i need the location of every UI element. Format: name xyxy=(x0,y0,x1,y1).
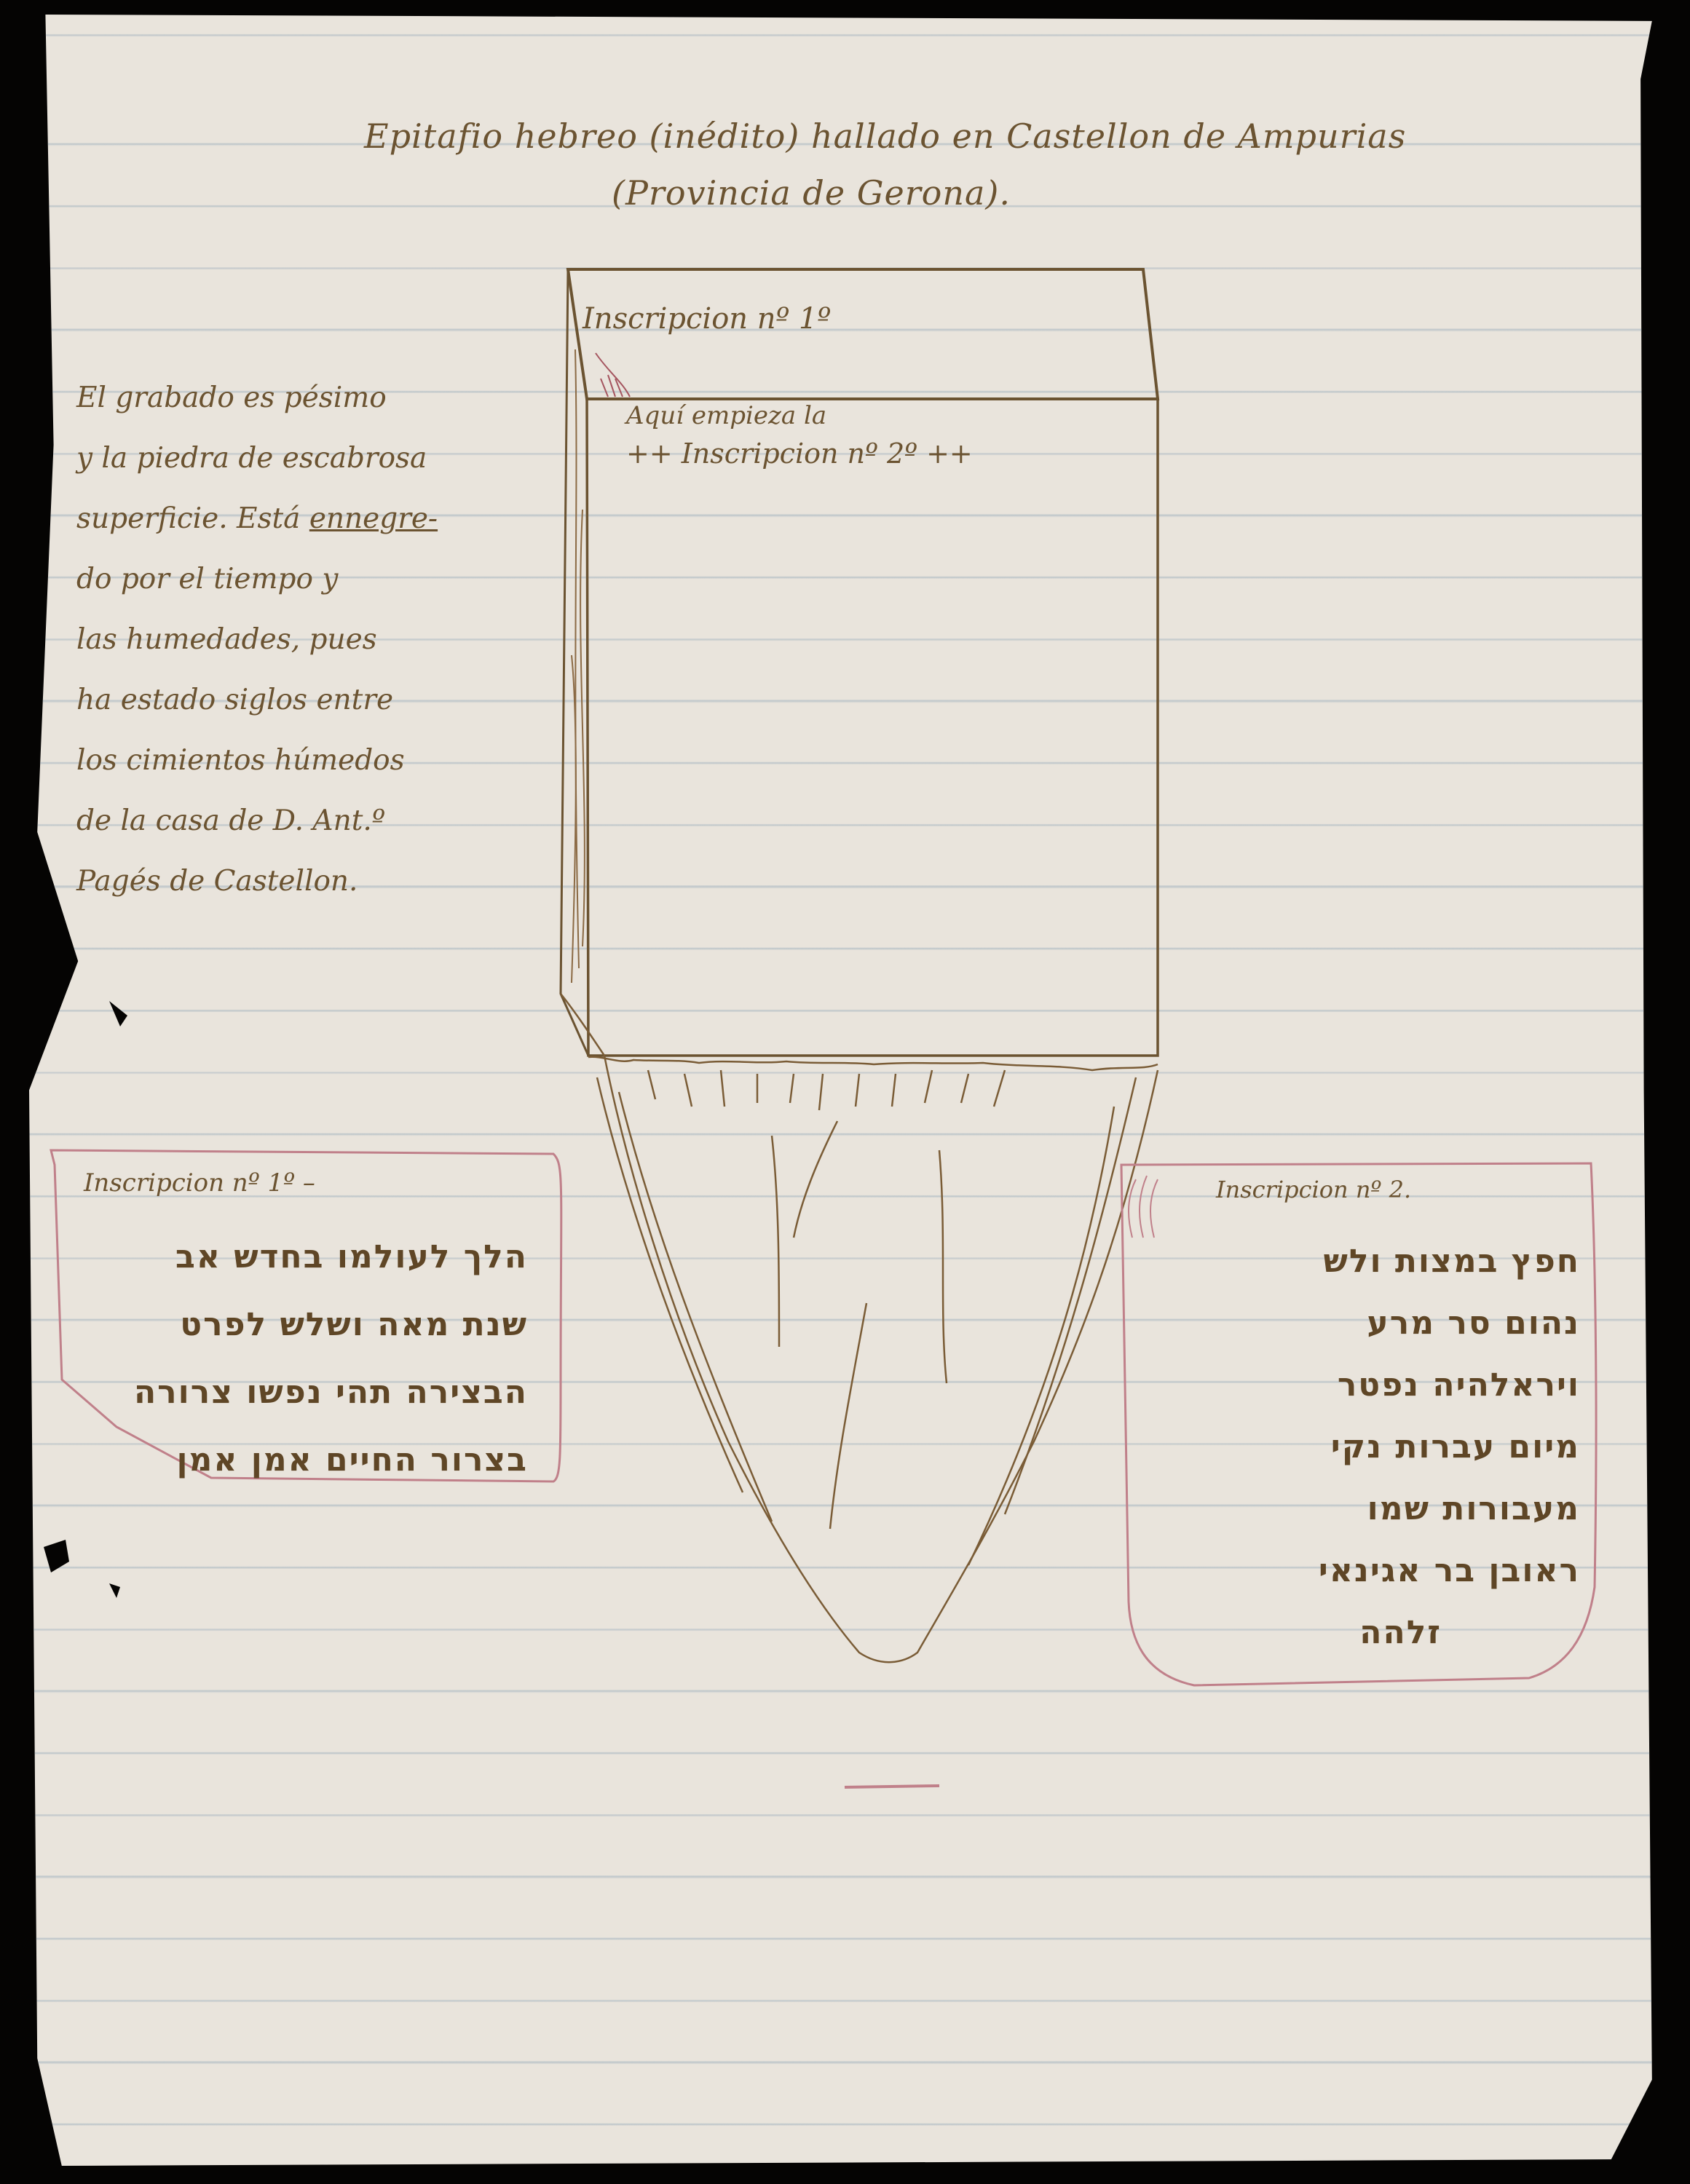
inscription-2-heading: Inscripcion nº 2. xyxy=(1216,1176,1411,1203)
inscription-1-line: בצרור החיים אמן אמן xyxy=(80,1426,528,1494)
side-note-line: do por el tiempo y xyxy=(76,549,542,609)
side-note-line: Pagés de Castellon. xyxy=(76,851,542,911)
side-note-line: y la piedra de escabrosa xyxy=(76,428,542,488)
red-dash-mark xyxy=(845,1786,939,1787)
inscription-1-line: שנת מאה ושלש לפרט xyxy=(80,1291,528,1358)
inscription-2-line: ראובן בר אגינאי xyxy=(1114,1540,1580,1602)
stone-front-face xyxy=(587,399,1158,1056)
inscription-2-line: חפץ במצות ולש xyxy=(1114,1230,1580,1292)
inscription-1-heading: Inscripcion nº 1º – xyxy=(84,1168,315,1198)
stone-top-label: Inscripcion nº 1º xyxy=(583,302,831,336)
side-note: El grabado es pésimo y la piedra de esca… xyxy=(76,368,542,911)
stone-front-label-line: Aquí empieza la xyxy=(626,397,973,435)
stone-front-label: Aquí empieza la ++ Inscripcion nº 2º ++ xyxy=(626,397,973,472)
side-note-line: de la casa de D. Ant.º xyxy=(76,791,542,851)
inscription-2-line: נהום סר מרע xyxy=(1114,1292,1580,1354)
inscription-1-line: הלך לעולמו בחדש אב xyxy=(80,1223,528,1291)
stone-side-face xyxy=(561,269,588,1056)
side-note-line: superficie. Está ennegre- xyxy=(76,488,542,549)
inscription-2-text: חפץ במצות ולש נהום סר מרע ויראלהיה נפטר … xyxy=(1114,1230,1580,1663)
document-title: Epitafio hebreo (inédito) hallado en Cas… xyxy=(364,116,1406,156)
document-subtitle: (Provincia de Gerona). xyxy=(612,173,1011,213)
side-note-line: las humedades, pues xyxy=(76,609,542,670)
inscription-2-line: ויראלהיה נפטר xyxy=(1114,1354,1580,1416)
inscription-2-line: זלהה xyxy=(1114,1602,1580,1663)
inscription-2-line: מיום עברות נקי xyxy=(1114,1416,1580,1478)
side-note-line: ha estado siglos entre xyxy=(76,670,542,730)
side-note-line: El grabado es pésimo xyxy=(76,368,542,428)
side-note-line: los cimientos húmedos xyxy=(76,730,542,791)
stone-front-label-line: ++ Inscripcion nº 2º ++ xyxy=(626,435,973,472)
stone-drawing xyxy=(0,0,1690,2184)
underlined-word: ennegre- xyxy=(309,502,438,535)
inscription-1-text: הלך לעולמו בחדש אב שנת מאה ושלש לפרט הבצ… xyxy=(80,1223,528,1494)
inscription-1-line: הבצירה תהי נפשו צרורה xyxy=(80,1358,528,1426)
inscription-2-line: מעבורות שמו xyxy=(1114,1478,1580,1540)
